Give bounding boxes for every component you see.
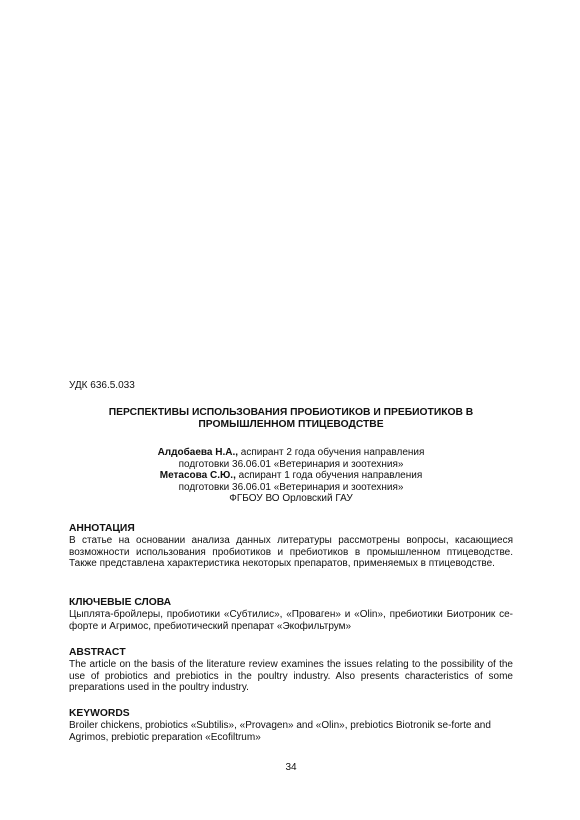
- author-block: Алдобаева Н.А., аспирант 2 года обучения…: [69, 447, 513, 505]
- author-2-role: аспирант 1 года обучения направления: [236, 470, 422, 481]
- article-title: ПЕРСПЕКТИВЫ ИСПОЛЬЗОВАНИЯ ПРОБИОТИКОВ И …: [69, 407, 513, 431]
- author-1-program: подготовки 36.06.01 «Ветеринария и зооте…: [69, 459, 513, 471]
- annotation-section: АННОТАЦИЯ В статье на основании анализа …: [69, 523, 513, 570]
- keywords-ru-text: Цыплята-бройлеры, пробиотики «Субтилис»,…: [69, 609, 513, 632]
- author-2-name: Метасова С.Ю.,: [160, 470, 236, 481]
- annotation-text: В статье на основании анализа данных лит…: [69, 535, 513, 570]
- udk-code: УДК 636.5.033: [69, 380, 135, 392]
- keywords-en-heading: KEYWORDS: [69, 708, 513, 720]
- annotation-heading: АННОТАЦИЯ: [69, 523, 513, 535]
- keywords-ru-section: КЛЮЧЕВЫЕ СЛОВА Цыплята-бройлеры, пробиот…: [69, 597, 513, 632]
- author-2-line: Метасова С.Ю., аспирант 1 года обучения …: [69, 470, 513, 482]
- title-line-1: ПЕРСПЕКТИВЫ ИСПОЛЬЗОВАНИЯ ПРОБИОТИКОВ И …: [69, 407, 513, 419]
- keywords-en-text: Broiler chickens, probiotics «Subtilis»,…: [69, 720, 513, 743]
- page-number: 34: [69, 762, 513, 774]
- author-1-name: Алдобаева Н.А.,: [158, 447, 238, 458]
- keywords-ru-heading: КЛЮЧЕВЫЕ СЛОВА: [69, 597, 513, 609]
- author-1-role: аспирант 2 года обучения направления: [238, 447, 424, 458]
- abstract-section: ABSTRACT The article on the basis of the…: [69, 647, 513, 694]
- author-2-program: подготовки 36.06.01 «Ветеринария и зооте…: [69, 482, 513, 494]
- author-1-line: Алдобаева Н.А., аспирант 2 года обучения…: [69, 447, 513, 459]
- abstract-heading: ABSTRACT: [69, 647, 513, 659]
- affiliation: ФГБОУ ВО Орловский ГАУ: [69, 493, 513, 505]
- title-line-2: ПРОМЫШЛЕННОМ ПТИЦЕВОДСТВЕ: [69, 419, 513, 431]
- abstract-text: The article on the basis of the literatu…: [69, 659, 513, 694]
- keywords-en-section: KEYWORDS Broiler chickens, probiotics «S…: [69, 708, 513, 743]
